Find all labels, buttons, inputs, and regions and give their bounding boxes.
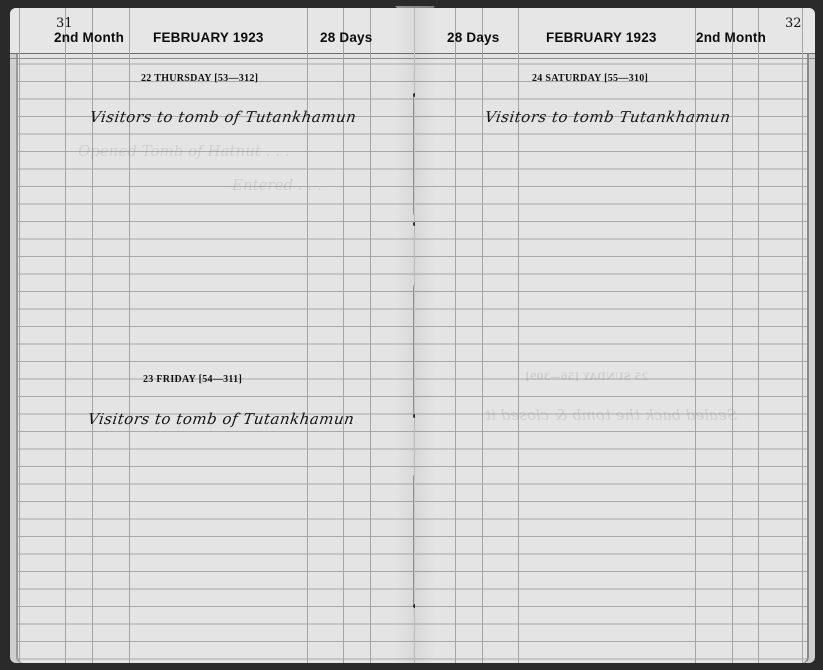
grid-vline <box>695 8 696 663</box>
month-index: 2nd Month <box>696 30 766 45</box>
grid-vline <box>482 8 483 663</box>
gutter-shade <box>395 8 415 663</box>
month-year: FEBRUARY 1923 <box>546 30 657 45</box>
grid-vline <box>129 8 130 663</box>
show-through-text: Entered . . . <box>232 176 322 194</box>
grid-vline <box>92 8 93 663</box>
day-label-saturday: 24 SATURDAY [55—310] <box>532 73 648 84</box>
month-year: FEBRUARY 1923 <box>153 30 264 45</box>
days-in-month: 28 Days <box>320 30 372 45</box>
show-through-text: Sealed back the tomb & closed it <box>485 406 737 424</box>
diary-entry-friday: Visitors to tomb of Tutankhamun <box>87 410 356 428</box>
left-page: 31 2nd Month FEBRUARY 1923 28 Days 22 TH… <box>10 8 415 663</box>
diary-entry-thursday: Visitors to tomb of Tutankhamun <box>89 108 358 126</box>
grid-vline <box>732 8 733 663</box>
right-page: 32 28 Days FEBRUARY 1923 2nd Month 24 SA… <box>415 8 815 663</box>
grid-vline <box>307 8 308 663</box>
grid-vline <box>758 8 759 663</box>
month-index: 2nd Month <box>54 30 124 45</box>
page-number: 31 <box>56 16 73 31</box>
day-label-friday: 23 FRIDAY [54—311] <box>143 374 242 385</box>
open-diary: 31 2nd Month FEBRUARY 1923 28 Days 22 TH… <box>0 0 823 670</box>
grid-vline <box>455 8 456 663</box>
header-double-rule <box>415 53 815 59</box>
show-through-text: Opened Tomb of Hatnut . . . <box>78 142 290 160</box>
grid-vline <box>19 8 20 663</box>
grid-vline <box>802 8 803 663</box>
gutter-shade <box>415 8 435 663</box>
page-number: 32 <box>785 16 802 31</box>
header-double-rule <box>10 53 415 59</box>
show-through-day-label: 25 SUNDAY [56—309] <box>525 372 648 383</box>
grid-vline <box>370 8 371 663</box>
grid-vline <box>65 8 66 663</box>
grid-vline <box>343 8 344 663</box>
day-label-thursday: 22 THURSDAY [53—312] <box>141 73 258 84</box>
grid-vline <box>518 8 519 663</box>
days-in-month: 28 Days <box>447 30 499 45</box>
diary-entry-saturday: Visitors to tomb Tutankhamun <box>484 108 732 126</box>
